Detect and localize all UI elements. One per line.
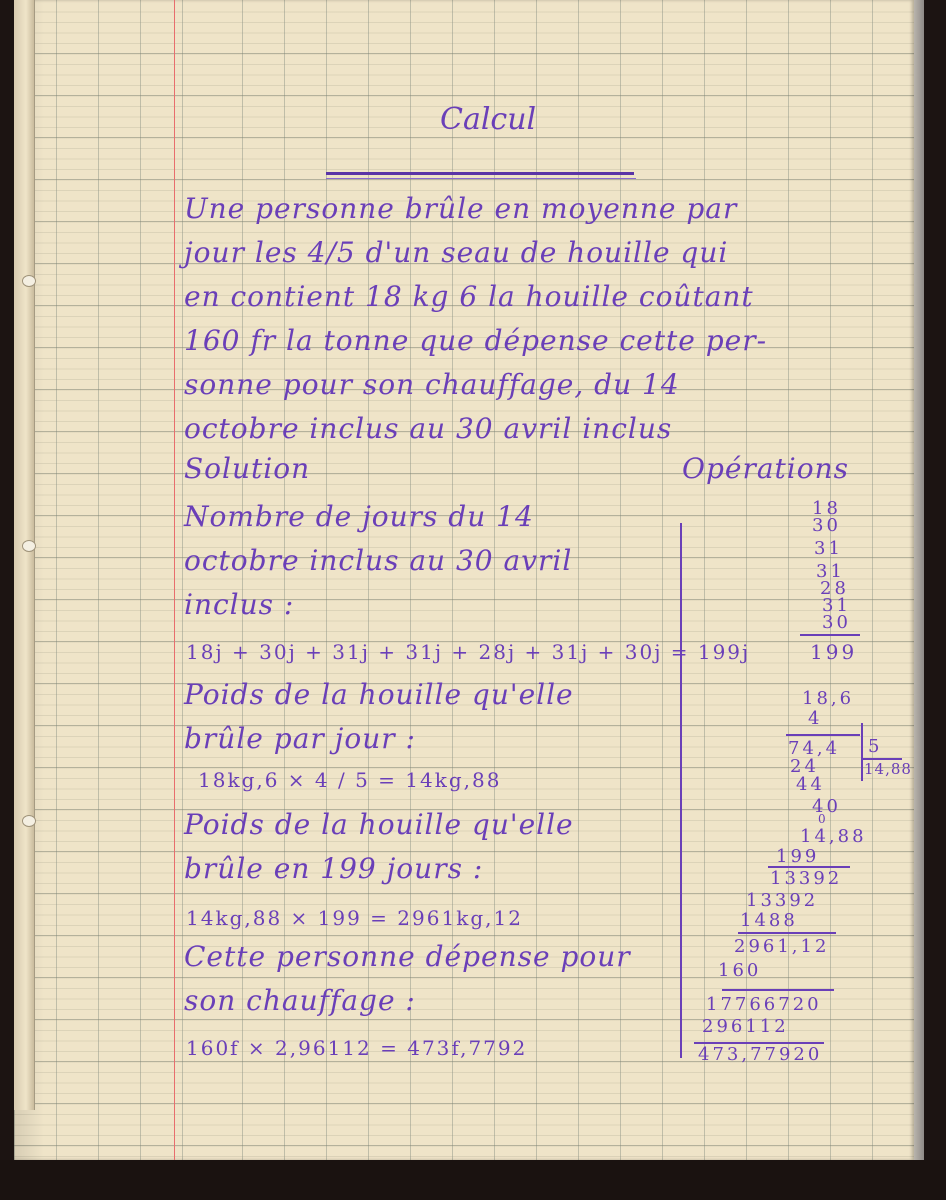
- division-bracket: [861, 723, 863, 781]
- problem-line: Une personne brûle en moyenne par: [184, 192, 737, 225]
- solution-line: son chauffage :: [184, 984, 416, 1017]
- op-partial: 17766720: [706, 994, 822, 1015]
- op-partial: 1488: [740, 910, 798, 931]
- op-factor: 160: [718, 960, 761, 981]
- op-factor: 14,88: [800, 826, 867, 847]
- product-rule: [786, 734, 860, 736]
- problem-line: en contient 18 kg 6 la houille coûtant: [184, 280, 754, 313]
- problem-line: octobre inclus au 30 avril inclus: [184, 412, 672, 445]
- binding-stitch: [22, 540, 36, 552]
- solution-calc: 18kg,6 × 4 / 5 = 14kg,88: [198, 768, 501, 792]
- problem-line: 160 fr la tonne que dépense cette per-: [184, 324, 767, 357]
- title-underline: [326, 172, 634, 175]
- solution-line: Poids de la houille qu'elle: [184, 808, 574, 841]
- op-factor: 18,6: [802, 688, 854, 709]
- problem-line: jour les 4/5 d'un seau de houille qui: [184, 236, 728, 269]
- op-result: 473,77920: [698, 1044, 822, 1065]
- op-partial: 296112: [702, 1016, 789, 1037]
- op-addend: 30: [822, 612, 851, 633]
- op-division-step: 0: [818, 812, 829, 826]
- solution-line: brûle par jour :: [184, 722, 416, 755]
- op-partial: 13392: [770, 868, 842, 889]
- title-underline: [326, 178, 636, 179]
- page-title: Calcul: [440, 102, 536, 137]
- sum-rule: [800, 634, 860, 636]
- op-partial: 13392: [746, 890, 818, 911]
- op-division-step: 44: [796, 774, 825, 795]
- op-product: 2961,12: [734, 936, 829, 957]
- product-rule: [738, 932, 836, 934]
- op-addend: 31: [814, 538, 843, 559]
- solution-calc: 160f × 2,96112 = 473f,7792: [186, 1036, 527, 1060]
- op-factor: 4: [808, 708, 822, 729]
- solution-heading: Solution: [184, 452, 310, 485]
- binding-stitch: [22, 815, 36, 827]
- solution-line: brûle en 199 jours :: [184, 852, 483, 885]
- background: [0, 1160, 946, 1200]
- op-factor: 199: [776, 846, 819, 867]
- operations-heading: Opérations: [682, 452, 849, 485]
- solution-line: inclus :: [184, 588, 294, 621]
- op-divisor: 5: [868, 736, 882, 757]
- problem-line: sonne pour son chauffage, du 14: [184, 368, 680, 401]
- op-quotient: 14,88: [864, 760, 912, 778]
- solution-line: octobre inclus au 30 avril: [184, 544, 572, 577]
- solution-line: Poids de la houille qu'elle: [184, 678, 574, 711]
- binding-stitch: [22, 275, 36, 287]
- solution-calc: 18j + 30j + 31j + 31j + 28j + 31j + 30j …: [186, 640, 750, 664]
- op-total: 199: [810, 640, 857, 664]
- page-edge: [914, 0, 924, 1160]
- solution-line: Cette personne dépense pour: [184, 940, 631, 973]
- solution-line: Nombre de jours du 14: [184, 500, 534, 533]
- solution-calc: 14kg,88 × 199 = 2961kg,12: [186, 906, 523, 930]
- red-margin-line: [174, 0, 175, 1160]
- product-rule: [722, 989, 834, 991]
- notebook-binding: [14, 0, 35, 1110]
- operations-column-rule: [680, 523, 682, 1058]
- op-addend: 30: [812, 515, 841, 536]
